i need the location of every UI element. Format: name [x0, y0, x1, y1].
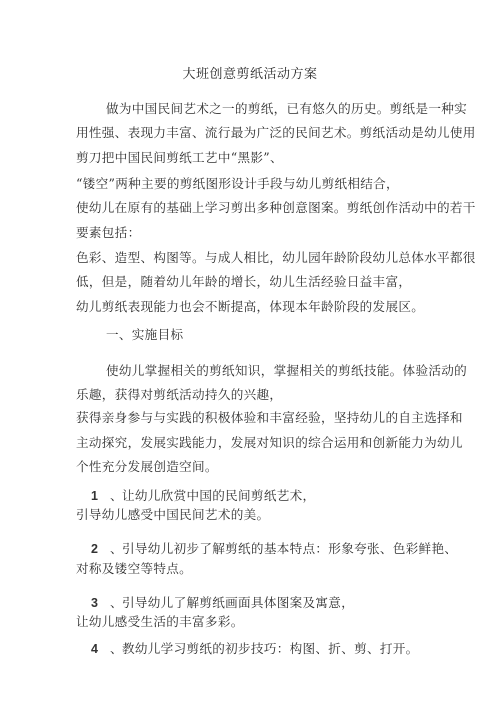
item-separator: 、: [110, 595, 123, 611]
item-line-1: 教幼儿学习剪纸的初步技巧：构图、折、剪、打开。: [122, 641, 419, 657]
section-line-2: 乐趣，获得对剪纸活动持久的兴趣，: [76, 387, 282, 403]
section-line-1: 使幼儿掌握相关的剪纸知识，掌握相关的剪纸技能。体验活动的: [106, 363, 467, 379]
intro-line-9: 幼儿剪纸表现能力也会不断提高，体现本年龄阶段的发展区。: [76, 299, 424, 315]
item-line-1: 引导幼儿了解剪纸画面具体图案及寓意，: [122, 595, 354, 611]
item-separator: 、: [110, 488, 123, 504]
intro-line-7: 色彩、造型、构图等。与成人相比，幼儿园年龄阶段幼儿总体水平都很: [76, 250, 476, 266]
item-separator: 、: [110, 641, 123, 657]
intro-line-4: “镂空”两种主要的剪纸图形设计手段与幼儿剪纸相结合，: [76, 176, 399, 192]
intro-line-5: 使幼儿在原有的基础上学习剪出多种创意图案。剪纸创作活动中的若干: [76, 200, 476, 216]
item-line-1: 让幼儿欣赏中国的民间剪纸艺术，: [122, 488, 315, 504]
item-line-1: 引导幼儿初步了解剪纸的基本特点：形象夸张、色彩鲜艳、: [122, 541, 457, 557]
item-line-2: 引导幼儿感受中国民间艺术的美。: [76, 507, 269, 523]
item-number: 2: [91, 541, 98, 557]
item-number: 1: [91, 488, 98, 504]
section-line-4: 主动探究，发展实践能力，发展对知识的综合运用和创新能力为幼儿: [76, 435, 463, 451]
item-line-2: 对称及镂空等特点。: [76, 561, 192, 577]
item-number: 3: [91, 595, 98, 611]
item-separator: 、: [110, 541, 123, 557]
intro-line-2: 用性强、表现力丰富、流行最为广泛的民间艺术。剪纸活动是幼儿使用: [76, 125, 476, 141]
intro-line-3: 剪刀把中国民间剪纸工艺中“黑影”、: [76, 150, 283, 166]
document-title: 大班创意剪纸活动方案: [0, 67, 500, 83]
item-line-2: 让幼儿感受生活的丰富多彩。: [76, 614, 244, 630]
section-line-3: 获得亲身参与与实践的积极体验和丰富经验，坚持幼儿的自主选择和: [76, 410, 463, 426]
document-page: 大班创意剪纸活动方案 做为中国民间艺术之一的剪纸，已有悠久的历史。剪纸是一种实 …: [0, 0, 500, 708]
intro-line-8: 低，但是，随着幼儿年龄的增长，幼儿生活经验日益丰富，: [76, 274, 411, 290]
intro-line-1: 做为中国民间艺术之一的剪纸，已有悠久的历史。剪纸是一种实: [106, 101, 467, 117]
section-line-5: 个性充分发展创造空间。: [76, 459, 218, 475]
section-heading: 一、实施目标: [106, 327, 183, 343]
intro-line-6: 要素包括：: [76, 225, 140, 241]
item-number: 4: [91, 641, 98, 657]
